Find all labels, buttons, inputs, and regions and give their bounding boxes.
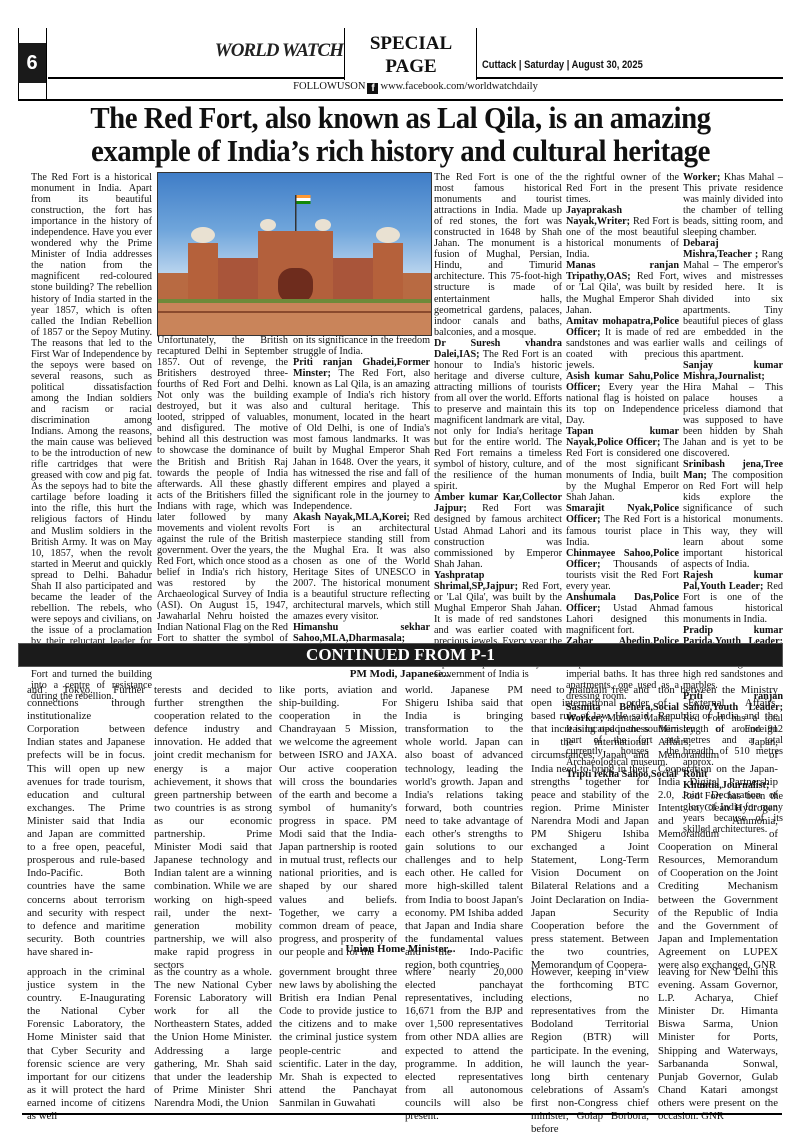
quote-text: The Red Fort is an honour to India's his… [434,349,562,493]
red-fort-photo [157,172,432,336]
red-fort-illustration [158,173,431,335]
continued-banner-wrap: CONTINUED FROM P-1 [18,643,783,667]
quote: Rajesh kumar Pal,Youth Leader; Red Fort … [683,570,783,625]
quote: Jayaprakash Nayak,Writer; Red Fort is on… [566,205,679,260]
continued-banner: CONTINUED FROM P-1 [18,643,783,667]
quote-text: Red Fort is an architectural masterpiece… [293,512,430,622]
story2-column-3: government brought three new laws by abo… [279,966,397,1110]
page-number: 6 [18,43,46,83]
dateline: Cuttack | Saturday | August 30, 2025 [482,59,643,71]
story2-title: Union Home Minister... [18,943,783,955]
quote-text: The Red Fort, also known as Lal Qila, is… [293,368,430,512]
article-text: The Red Fort is a historical monument in… [31,172,152,702]
story2-column-4: where nearly 20,000 elected panchayat re… [405,966,523,1123]
facebook-icon: f [367,83,378,94]
quote: Manas ranjan Tripathy,OAS; Red Fort, or … [566,260,679,315]
section-title-line1: SPECIAL [346,32,476,55]
quote: Tapan kumar Nayak,Police Officer; The Re… [566,426,679,503]
article-text: The Red Fort is one of the most famous h… [434,172,562,338]
article-text: as the country as a whole. The new Natio… [154,966,272,1110]
article-text: tion between the Ministry of External Af… [658,684,778,972]
section-title-line2: PAGE [346,55,476,78]
article-text: and Tokyo. Further connections through i… [27,684,145,959]
story1-column-3: like ports, aviation and ship-building. … [279,684,397,959]
quote-author: Jayaprakash Nayak,Writer; [566,205,630,227]
story2-column-5: However, keeping in view the forthcoming… [531,966,649,1136]
story2-column-1: approach in the criminal justice system … [27,966,145,1123]
article-text: like ports, aviation and ship-building. … [279,684,397,959]
story1-column-6: tion between the Ministry of External Af… [658,684,778,972]
world-watch-logo: WORLD WATCH [165,40,343,62]
quote-author: Sanjay kumar Mishra,Journalist; [683,360,783,382]
rule [48,77,344,79]
quote-author: Debaraj Mishra,Teacher ; [683,238,758,260]
quote: Akash Nayak,MLA,Korei; Red Fort is an ar… [293,512,430,622]
divider [344,28,345,80]
quote-text: The composition on Red Fort will help ki… [683,470,783,569]
quote: Srinibash jena,Tree Man; The composition… [683,459,783,569]
story1-column-4: world. Japanese PM Shigeru Ishiba said t… [405,684,523,972]
rule [477,77,783,79]
follow-line: FOLLOWUSONfwww.facebook.com/worldwatchda… [48,81,783,94]
article-text: terests and decided to further strengthe… [154,684,272,972]
quote: Debaraj Mishra,Teacher ; Rang Mahal – Th… [683,238,783,360]
feature-headline: The Red Fort, also known as Lal Qila, is… [45,101,756,167]
quote-text: Rang Mahal – The emperor's wives and mis… [683,249,783,359]
quote: Worker; Khas Mahal – This private reside… [683,172,783,238]
quote: Himanshu sekhar Sahoo,MLA,Dharmasala; [293,622,430,644]
quote: Priti ranjan Ghadei,Former Minster; The … [293,357,430,512]
quote: Smarajit Nyak,Police Officer; The Red Fo… [566,503,679,547]
story1-column-1: and Tokyo. Further connections through i… [27,684,145,959]
story1-title: PM Modi, Japanese... [18,668,783,680]
feature-column-1: The Red Fort is a historical monument in… [31,172,152,702]
story2-column-2: as the country as a whole. The new Natio… [154,966,272,1110]
divider [476,28,477,80]
article-text: government brought three new laws by abo… [279,966,397,1110]
article-text: need to maintain free and open internati… [531,684,649,972]
quote-author: Himanshu sekhar Sahoo,MLA,Dharmasala; [293,622,430,644]
story2-column-6: leaving for New Delhi this evening. Assa… [658,966,778,1123]
feature-column-2: Unfortunately, the British recaptured De… [157,335,288,666]
facebook-link[interactable]: www.facebook.com/worldwatchdaily [380,81,537,92]
quote: Sanjay kumar Mishra,Journalist; Hira Mah… [683,360,783,459]
quote-author: Worker; [683,172,720,183]
article-text: world. Japanese PM Shigeru Ishiba said t… [405,684,523,972]
story1-column-5: need to maintain free and open internati… [531,684,649,972]
headline-line1: The Red Fort, also known as Lal Qila, is… [45,101,756,134]
quote: Amber kumar Kar,Collector Jajpur; Red Fo… [434,492,562,569]
article-text: leaving for New Delhi this evening. Assa… [658,966,778,1123]
headline-line2: example of India’s rich history and cult… [45,134,756,167]
follow-label: FOLLOWUSON [293,81,365,92]
quote: Asish kumar Sahu,Police Officer; Every y… [566,371,679,426]
quote-text: Hira Mahal – This palace houses a pricel… [683,382,783,459]
quote: Chinmayee Sahoo,Police Officer; Thousand… [566,548,679,592]
bottom-rule [22,1113,782,1115]
article-text: where nearly 20,000 elected panchayat re… [405,966,523,1123]
article-text: approach in the criminal justice system … [27,966,145,1123]
quote: Anshumala Das,Police Officer; Ustad Ahma… [566,592,679,636]
article-text: on its significance in the freedom strug… [293,335,430,357]
article-text: the rightful owner of the Red Fort in th… [566,172,679,205]
story1-column-2: terests and decided to further strengthe… [154,684,272,972]
section-title: SPECIAL PAGE [346,32,476,78]
newspaper-page: 6 WORLD WATCH SPECIAL PAGE Cuttack | Sat… [0,0,800,1143]
quote-author: Yashpratap Shrimal,SP,Jajpur; [434,570,518,592]
feature-column-3: on its significance in the freedom strug… [293,335,430,644]
feature-column-4: The Red Fort is one of the most famous h… [434,172,562,680]
quote: Amitav mohapatra,Police Officer; It is m… [566,316,679,371]
quote-author: Akash Nayak,MLA,Korei; [293,512,410,523]
quote: Dr Suresh vhandra Dalei,IAS; The Red For… [434,338,562,493]
article-text: However, keeping in view the forthcoming… [531,966,649,1136]
article-text: Unfortunately, the British recaptured De… [157,335,288,666]
